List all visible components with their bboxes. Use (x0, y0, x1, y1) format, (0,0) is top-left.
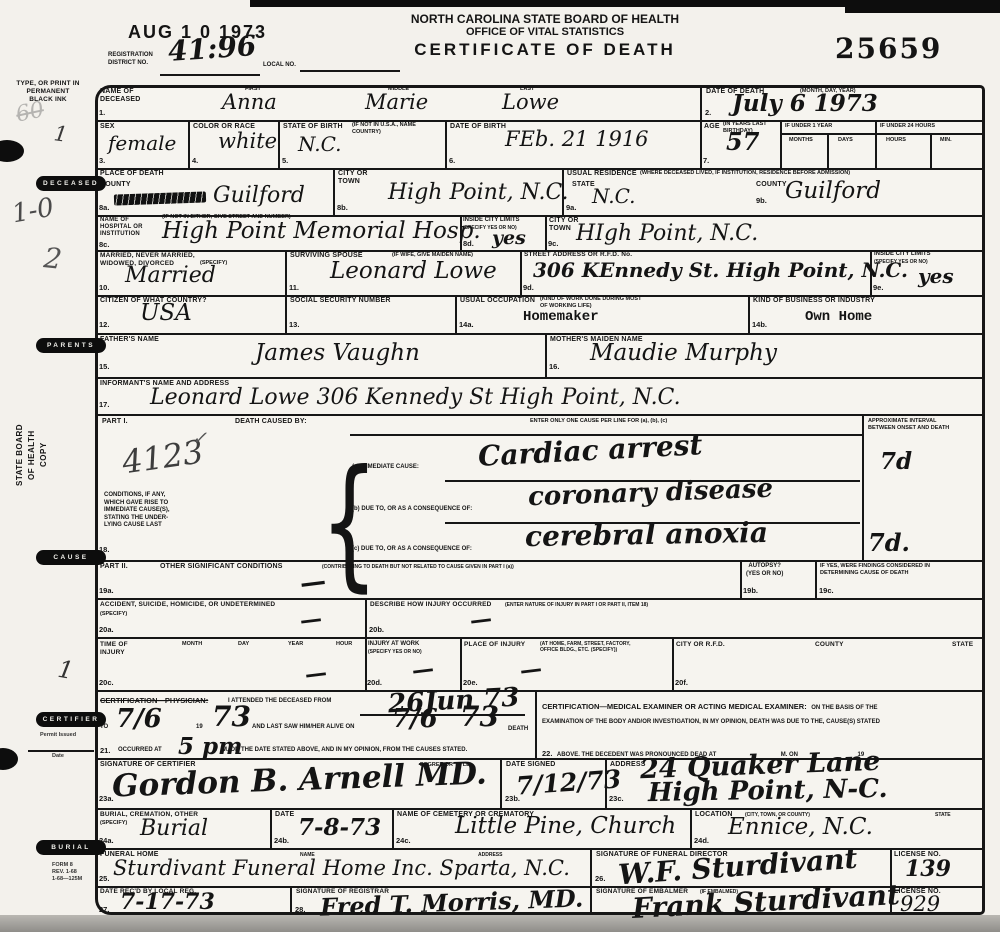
occupation-label: USUAL OCCUPATION (460, 297, 535, 305)
field-number: 8a. (99, 203, 109, 212)
accident-value: — (300, 617, 323, 626)
scan-artifact-bottom-band (0, 915, 1000, 932)
sex-value: female (108, 131, 176, 155)
burial-location-state-label: STATE (935, 812, 951, 818)
inside-city-limits-value: yes (492, 227, 526, 249)
conditions-brace: { (320, 452, 379, 595)
residence-inside-city-label: INSIDE CITY LIMITS (874, 251, 954, 259)
city-value: High Point, N.C. (388, 180, 569, 205)
field-number: 10. (99, 283, 109, 292)
grid-line (445, 120, 447, 168)
grid-line (500, 758, 502, 808)
state-of-birth-sublabel: (IF NOT IN U.S.A., NAME COUNTRY) (352, 122, 440, 136)
margin-mark: 1 (56, 655, 76, 685)
due-to-c-value: cerebral anoxia (525, 516, 768, 553)
injury-at-work-label: INJURY AT WORK (368, 641, 419, 649)
occurred-at-label: OCCURRED AT (118, 747, 162, 753)
approximate-interval-label: APPROXIMATE INTERVAL BETWEEN ONSET AND D… (868, 418, 978, 432)
year-19-label: 19 (196, 724, 203, 730)
fathers-name-label: FATHER'S NAME (100, 336, 159, 344)
other-conditions-sublabel: (CONTRIBUTING TO DEATH BUT NOT RELATED T… (322, 564, 514, 570)
tab-cause: CAUSE (36, 550, 106, 565)
injury-at-work-value: — (412, 667, 435, 676)
other-significant-conditions-label: OTHER SIGNIFICANT CONDITIONS (160, 563, 283, 571)
field-number: 8c. (99, 240, 109, 249)
grid-line (285, 250, 287, 295)
part2-label: PART II. (100, 563, 128, 571)
attended-to-value: 7/6 (116, 704, 162, 734)
injury-county-label: COUNTY (815, 641, 844, 649)
date-received-value: 7-17-73 (120, 889, 215, 915)
place-of-injury-sublabel: (AT HOME, FARM, STREET, FACTORY, OFFICE … (540, 641, 630, 654)
field-number: 27. (99, 905, 109, 914)
month-label: MONTH (182, 641, 202, 648)
field-number: 15. (99, 362, 109, 371)
certification-me-line2: EXAMINATION OF THE BODY AND/OR INVESTIGA… (542, 719, 980, 725)
grid-line (748, 295, 750, 333)
margin-mark: 1-0 (10, 193, 56, 230)
grid-line (95, 414, 985, 416)
grid-line (545, 215, 547, 250)
certification-me-label: CERTIFICATION—MEDICAL EXAMINER OR ACTING… (542, 702, 807, 711)
burial-type-value: Burial (140, 816, 208, 841)
field-number: 9c. (548, 239, 558, 248)
burial-date-label: DATE (275, 811, 294, 819)
business-label: KIND OF BUSINESS OR INDUSTRY (753, 297, 875, 305)
accident-suicide-label: ACCIDENT, SUICIDE, HOMICIDE, OR UNDETERM… (100, 601, 275, 609)
copy-line: OF HEALTH (27, 430, 36, 480)
grid-line (95, 598, 985, 600)
registration-underline (160, 74, 260, 76)
field-number: 24d. (694, 836, 709, 845)
field-number: 28. (295, 905, 305, 914)
state-board-copy-label: STATE BOARD OF HEALTH COPY (14, 400, 58, 510)
grid-line (780, 133, 985, 135)
attended-from-rule (360, 714, 525, 716)
field-number: 2. (705, 108, 711, 117)
grid-line (815, 560, 817, 598)
describe-injury-label: DESCRIBE HOW INJURY OCCURRED (370, 601, 492, 609)
findings-considered-label: IF YES, WERE FINDINGS CONSIDERED IN DETE… (820, 563, 930, 577)
grid-line (290, 886, 292, 915)
hospital-label: NAME OF HOSPITAL OR INSTITUTION (100, 217, 143, 239)
registration-district-label2: DISTRICT NO. (108, 60, 148, 66)
if-under-24-hours-label: IF UNDER 24 HOURS (880, 123, 935, 130)
field-number: 20c. (99, 678, 114, 687)
field-number: 9e. (873, 283, 883, 292)
copy-line: COPY (39, 443, 48, 468)
place-of-injury-label: PLACE OF INJURY (464, 641, 525, 649)
age-label: AGE (704, 123, 720, 131)
grid-line (545, 333, 547, 377)
residence-state-value: N.C. (592, 184, 636, 208)
field-number: 19a. (99, 586, 114, 595)
fathers-name-value: James Vaughn (255, 340, 420, 366)
grid-line (455, 295, 457, 333)
accident-sublabel: (SPECIFY) (100, 611, 127, 618)
immediate-cause-label: (a) IMMEDIATE CAUSE: (352, 464, 419, 470)
field-number: 20a. (99, 625, 114, 634)
field-number: 20b. (369, 625, 384, 634)
grid-line (95, 377, 985, 379)
field-number: 9a. (566, 203, 576, 212)
field-number: 12. (99, 320, 109, 329)
conditions-note: CONDITIONS, IF ANY, WHICH GAVE RISE TO I… (104, 492, 170, 530)
inside-city-limits-label: INSIDE CITY LIMITS (463, 217, 543, 225)
certificate-number: 25659 (835, 32, 942, 65)
cemetery-value: Little Pine, Church (455, 813, 676, 839)
field-number: 25. (99, 874, 109, 883)
field-number: 19c. (819, 586, 834, 595)
scan-artifact-ink-blob (0, 140, 24, 162)
board-of-health-line: NORTH CAROLINA STATE BOARD OF HEALTH (330, 12, 760, 26)
grid-line (690, 808, 692, 848)
describe-injury-sublabel: (ENTER NATURE OF INJURY IN PART I OR PAR… (505, 602, 648, 608)
field-number: 16. (549, 362, 559, 371)
state-of-birth-value: N.C. (298, 132, 342, 156)
grid-line (460, 637, 462, 690)
residence-county-label: COUNTY (756, 181, 787, 189)
grid-line (875, 120, 877, 168)
field-number: 23c. (609, 794, 624, 803)
date-of-death-value: July 6 1973 (732, 90, 878, 117)
field-number: 9d. (523, 283, 534, 292)
grid-line (285, 295, 287, 333)
grid-line (862, 414, 864, 560)
field-number: 22. (542, 749, 552, 758)
grid-line (278, 120, 280, 168)
permit-issued-label: Permit Issued (40, 732, 76, 739)
grid-line (700, 85, 702, 168)
death-word: DEATH (508, 726, 528, 732)
grid-line (930, 133, 932, 168)
ssn-label: SOCIAL SECURITY NUMBER (290, 297, 391, 305)
field-number: 3. (99, 156, 105, 165)
usual-residence-sublabel: (WHERE DECEASED LIVED, IF INSTITUTION, R… (640, 170, 970, 177)
grid-line (780, 120, 782, 168)
field-number: 8b. (337, 203, 348, 212)
grid-line (270, 808, 272, 848)
informant-value: Leonard Lowe 306 Kennedy St High Point, … (150, 385, 681, 410)
field-number: 20d. (367, 678, 382, 687)
months-label: MONTHS (789, 137, 813, 144)
time-of-injury-label: TIME OF INJURY (100, 641, 128, 657)
grid-line (95, 637, 985, 639)
part1-label: PART I. (102, 418, 128, 426)
field-number: 20f. (675, 678, 688, 687)
date-of-birth-label: DATE OF BIRTH (450, 123, 506, 131)
funeral-home-value: Sturdivant Funeral Home Inc. Sparta, N.C… (113, 856, 570, 880)
local-no-label: LOCAL NO. (263, 62, 296, 68)
registration-district-label: REGISTRATION (108, 52, 153, 58)
day-label: DAY (238, 641, 249, 648)
date-of-birth-value: FEb. 21 1916 (505, 127, 649, 151)
grid-line (672, 637, 674, 690)
scan-artifact-top-bar (250, 0, 845, 7)
grid-line (95, 808, 985, 810)
citizen-value: USA (140, 300, 192, 326)
tab-certifier: CERTIFIER (36, 712, 106, 727)
field-number: 14a. (459, 320, 474, 329)
field-number: 1. (99, 108, 105, 117)
deceased-middle-name: Marie (365, 90, 428, 114)
local-no-underline (300, 70, 400, 72)
field-number: 14b. (752, 320, 767, 329)
if-under-1-year-label: IF UNDER 1 YEAR (785, 123, 832, 130)
permit-date-label: Date (52, 753, 64, 760)
deceased-first-name: Anna (222, 90, 277, 114)
residence-city-label: CITY OR TOWN (549, 217, 579, 234)
occupation-sublabel: (KIND OF WORK DONE DURING MOST OF WORKIN… (540, 296, 690, 310)
state-of-birth-label: STATE OF BIRTH (283, 123, 343, 131)
field-number: 21. (100, 746, 110, 755)
residence-county-value: Guilford (785, 178, 881, 204)
field-number: 7. (703, 156, 709, 165)
hospital-value: High Point Memorial Hosp. (162, 218, 481, 244)
grid-line (365, 598, 367, 690)
min-label: MIN. (940, 137, 952, 144)
causes-stated-text: M. ON THE DATE STATED ABOVE, AND IN MY O… (222, 747, 532, 753)
burial-location-value: Ennice, N.C. (728, 814, 873, 840)
year-label: YEAR (288, 641, 303, 648)
race-value: white (218, 129, 277, 153)
director-license-value: 139 (905, 856, 951, 882)
days-label: DAYS (838, 137, 853, 144)
place-of-injury-value: — (520, 667, 543, 676)
field-number: 11. (289, 283, 299, 292)
due-to-c-label: (c) DUE TO, OR AS A CONSEQUENCE OF: (352, 546, 472, 552)
street-address-value: 306 KEnnedy St. High Point, N.C. (533, 258, 908, 282)
margin-mark: 1 (52, 121, 69, 147)
certifier-address-line2: High Point, N-C. (648, 774, 888, 808)
autopsy-label: AUTOPSY? (YES OR NO) (746, 563, 783, 578)
last-saw-alive-text: AND LAST SAW HIM/HER ALIVE ON (252, 724, 354, 730)
grid-line (392, 808, 394, 848)
field-number: 5. (282, 156, 288, 165)
death-certificate-scan: AUG 1 0 1973 REGISTRATION DISTRICT NO. 4… (0, 0, 1000, 932)
tab-burial: BURIAL (36, 840, 106, 855)
deceased-last-name: Lowe (502, 90, 559, 114)
business-value: Own Home (805, 309, 872, 325)
field-number: 6. (449, 156, 455, 165)
embalmer-license-value: 929 (900, 892, 940, 916)
field-number: 13. (289, 320, 299, 329)
certificate-title: CERTIFICATE OF DEATH (330, 40, 760, 60)
field-number: 19b. (743, 586, 758, 595)
describe-injury-value: — (470, 617, 493, 626)
interval-a-value: 7d (880, 448, 912, 475)
type-or-print-note: TYPE, OR PRINT IN PERMANENT BLACK INK (4, 80, 92, 103)
grid-line (535, 690, 537, 758)
grid-line (827, 133, 829, 168)
field-number: 23a. (99, 794, 114, 803)
injury-at-work-sublabel: (SPECIFY YES OR NO) (368, 649, 422, 655)
name-of-deceased-label: NAME OF DECEASED (100, 88, 141, 105)
field-number: 4. (192, 156, 198, 165)
burial-sublabel: (SPECIFY) (100, 820, 127, 827)
attended-to-year-value: 73 (212, 700, 251, 733)
form-revision-note: FORM 8 REV. 1-68 1-68—125M (52, 862, 82, 883)
age-value: 57 (726, 127, 759, 156)
grid-line (590, 886, 592, 915)
checkmark-annotation: ✓ (192, 428, 207, 449)
place-of-death-label: PLACE OF DEATH (100, 170, 164, 178)
copy-line: STATE BOARD (15, 424, 24, 486)
date-signed-label: DATE SIGNED (506, 761, 556, 769)
grid-line (95, 333, 985, 335)
field-number: 24c. (396, 836, 411, 845)
death-caused-by-label: DEATH CAUSED BY: (235, 418, 307, 426)
grid-line (95, 690, 985, 692)
certification-me-line1: CERTIFICATION—MEDICAL EXAMINER OR ACTING… (542, 696, 980, 714)
time-of-injury-value: — (305, 671, 328, 680)
one-cause-per-line-note: ENTER ONLY ONE CAUSE PER LINE FOR (a), (… (530, 418, 667, 425)
margin-pencil-mark: 60 (14, 97, 47, 127)
margin-mark: 2 (42, 241, 63, 276)
occupation-value: Homemaker (523, 309, 599, 325)
interval-c-value: 7d. (868, 528, 910, 557)
grid-line (188, 120, 190, 168)
grid-line (333, 168, 335, 215)
usual-residence-label: USUAL RESIDENCE (567, 170, 637, 178)
tab-deceased: DECEASED (36, 176, 106, 191)
field-number: 17. (99, 400, 109, 409)
mothers-maiden-name-value: Maudie Murphy (590, 340, 777, 366)
marital-status-value: Married (125, 263, 216, 288)
city-or-town-label: CITY OR TOWN (338, 170, 368, 187)
office-vital-statistics-line: OFFICE OF VITAL STATISTICS (330, 26, 760, 38)
scan-artifact-ink-blob (0, 748, 18, 770)
field-number: 24b. (274, 836, 289, 845)
alive-on-year-value: 73 (460, 700, 499, 733)
grid-line (740, 560, 742, 598)
registration-district-value: 41:96 (167, 29, 257, 68)
field-number: 8d. (463, 239, 474, 248)
permit-date-line (28, 750, 94, 752)
residence-city-value: HIgh Point, N.C. (576, 221, 758, 246)
city-or-rfd-label: CITY OR R.F.D. (676, 641, 725, 649)
grid-line (590, 848, 592, 886)
grid-line (520, 250, 522, 295)
burial-location-label: LOCATION (695, 811, 733, 819)
field-number: 9b. (756, 196, 767, 205)
burial-date-value: 7-8-73 (298, 814, 381, 841)
grid-line (95, 120, 985, 122)
hours-label: HOURS (886, 137, 906, 144)
other-conditions-value: — (300, 578, 327, 587)
scan-artifact-top-right-block (845, 0, 1000, 13)
grid-line (95, 560, 985, 562)
tab-parents: PARENTS (36, 338, 106, 353)
alive-on-value: 7/6 (392, 704, 438, 734)
county-value: Guilford (213, 183, 305, 208)
certification-me-basis-text: ON THE BASIS OF THE (811, 705, 877, 711)
due-to-b-label: (b) DUE TO, OR AS A CONSEQUENCE OF: (352, 506, 472, 512)
field-number: 26. (595, 874, 605, 883)
injury-state-label: STATE (952, 641, 973, 649)
residence-inside-city-value: yes (918, 264, 954, 288)
hour-label: HOUR (336, 641, 352, 648)
surviving-spouse-value: Leonard Lowe (330, 258, 497, 284)
